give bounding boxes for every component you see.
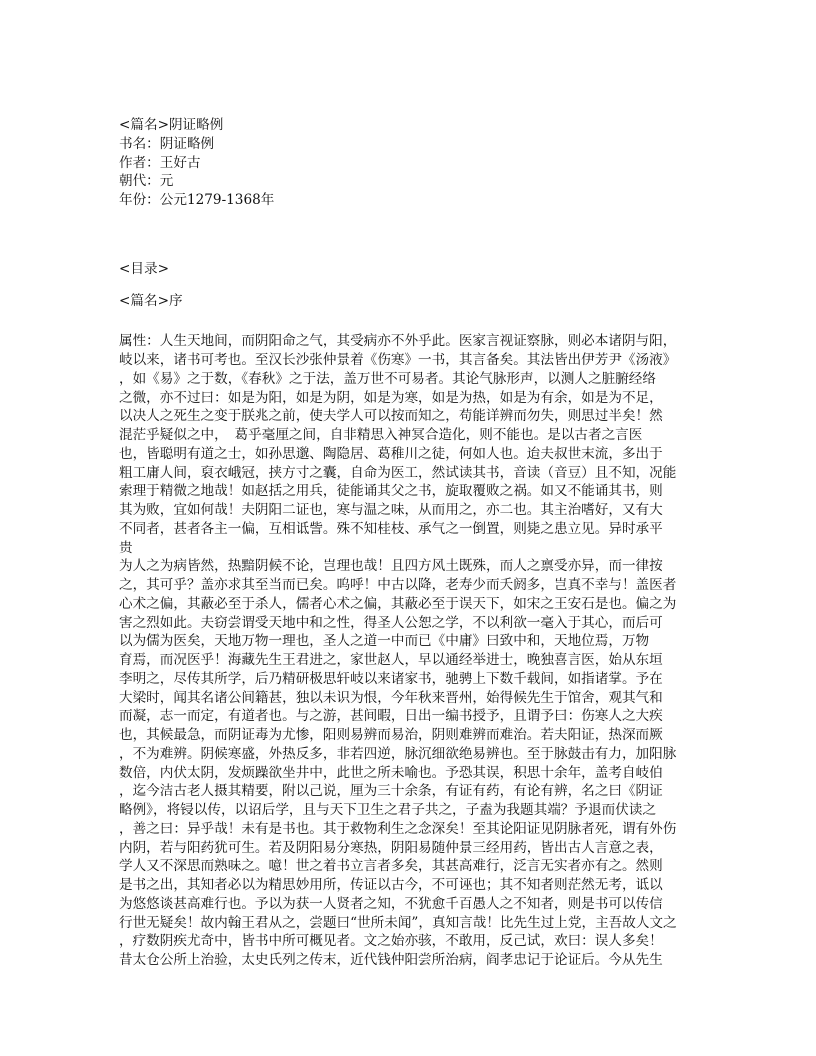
body-line: 昔太仓公所上治验，太史氏列之传末，近代钱仲阳尝所治病，阎孝忠记于论证后。今从先生 bbox=[119, 951, 689, 970]
body-line: 育焉，而况医乎！海藏先生王君进之，家世赵人，早以通经举进士，晚独喜言医，始从东垣 bbox=[119, 651, 689, 670]
body-line: ，疗数阴疾尤奇中，皆书中所可概见者。文之始亦骇，不敢用，反己试，欢曰：误人多矣！ bbox=[119, 932, 689, 951]
body-line: 索理于精微之地哉！如赵括之用兵，徒能诵其父之书，旋取覆败之祸。如又不能诵其书，则 bbox=[119, 482, 689, 501]
body-line: 以为儒为医矣，天地万物一理也，圣人之道一中而已《中庸》曰致中和，天地位焉，万物 bbox=[119, 632, 689, 651]
body-line: 不同者，甚者各主一偏，互相诋訾。殊不知桂枝、承气之一倒置，则毙之患立见。异时承平 bbox=[119, 520, 689, 539]
body-line: 内阴，若与阳药犹可生。若及阴阳易分寒热，阴阳易随仲景三经用药，皆出古人言意之表， bbox=[119, 839, 689, 858]
body-line: 之，其可乎？盖亦求其至当而已矣。呜呼！中古以降，老寿少而夭阏多，岂真不幸与！盖医… bbox=[119, 576, 689, 595]
body-line: 之微，亦不过曰：如是为阳，如是为阴，如是为寒，如是为热，如是为有余，如是为不足， bbox=[119, 389, 689, 408]
body-line: 为人之为病皆然，热黯阴候不论，岂理也哉！且四方风土既殊，而人之禀受亦异，而一律按 bbox=[119, 557, 689, 576]
body-line: 以决人之死生之变于朕兆之前，使夫学人可以按而知之，苟能详辨而勿失，则思过半矣！然 bbox=[119, 407, 689, 426]
body-line: ，善之曰：异乎哉！未有是书也。其于救物利生之念深矣！至其论阳证见阴脉者死，谓有外… bbox=[119, 820, 689, 839]
body-line: 混茫乎疑似之中， 葛乎毫厘之间，自非精思入神冥合造化，则不能也。是以古者之言医 bbox=[119, 426, 689, 445]
body-line: 数倍，内伏太阴，发烦躁欲坐井中，此世之所未喻也。予恐其误，积思十余年，盖考自岐伯 bbox=[119, 764, 689, 783]
spacer bbox=[119, 210, 689, 260]
body-line: 为悠悠谈甚高难行也。予以为获一人贤者之知，不犹愈千百愚人之不知者，则是书可以传信 bbox=[119, 895, 689, 914]
toc-label: <目录> bbox=[119, 260, 689, 279]
metadata-block: <篇名>阴证略例 书名：阴证略例 作者：王好古 朝代：元 年份：公元1279-1… bbox=[119, 116, 689, 210]
body-line: ，迄今洁古老人摄其精要，附以己说，厘为三十余条，有证有药，有论有辨，名之曰《阴证 bbox=[119, 782, 689, 801]
author: 作者：王好古 bbox=[119, 154, 689, 173]
book-name: 书名：阴证略例 bbox=[119, 135, 689, 154]
document-page: <篇名>阴证略例 书名：阴证略例 作者：王好古 朝代：元 年份：公元1279-1… bbox=[119, 116, 689, 970]
body-line: 李明之，尽传其所学，后乃精研极思轩岐以来诸家书，驰骋上下数千载间，如指诸掌。予在 bbox=[119, 670, 689, 689]
dynasty: 朝代：元 bbox=[119, 172, 689, 191]
body-line: ，如《易》之于数，《春秋》之于法，盖万世不可易者。其论气脉形声，以测人之脏腑经络 bbox=[119, 370, 689, 389]
chapter-tag: <篇名>阴证略例 bbox=[119, 116, 689, 135]
body-line: 其为败，宜如何哉！夫阴阳二证也，寒与温之味，从而用之，亦二也。其主治嗜好，又有大 bbox=[119, 501, 689, 520]
spacer bbox=[119, 310, 689, 332]
body-line: 贵 bbox=[119, 539, 689, 558]
spacer bbox=[119, 279, 689, 292]
body-line: 粗工庸人间，裒衣峨冠，挟方寸之囊，自命为医工，然试读其书，音读（音豆）且不知，况… bbox=[119, 464, 689, 483]
body-line: 学人又不深思而熟味之。噫！世之着书立言者多矣，其甚高难行，泛言无实者亦有之。然则 bbox=[119, 857, 689, 876]
section-title: <篇名>序 bbox=[119, 292, 689, 311]
years: 年份：公元1279-1368年 bbox=[119, 191, 689, 210]
body-line: 也，其候最急，而阴证毒为尤惨，阳则易辨而易治，阴则难辨而难治。若夫阳证，热深而厥 bbox=[119, 726, 689, 745]
body-line: 心术之偏，其蔽必至于杀人，儒者心术之偏，其蔽必至于误天下，如宋之王安石是也。偏之… bbox=[119, 595, 689, 614]
body-line: 大梁时，闻其名诸公间籍甚，独以未识为恨，今年秋来晋州，始得候先生于馆舍，观其气和 bbox=[119, 689, 689, 708]
body-line: 而凝，志一而定，有道者也。与之游，甚间暇，日出一编书授予，且谓予曰：伤寒人之大疾 bbox=[119, 707, 689, 726]
body-line: 行世无疑矣！故内翰王君从之，尝题曰“世所未闻”，真知言哉！比先生过上党，主吾故人… bbox=[119, 914, 689, 933]
body-line: 略例》，将锓以传，以诏后学，且与天下卫生之君子共之，子盍为我题其端？予退而伏读之 bbox=[119, 801, 689, 820]
preface-body: 属性：人生天地间，而阴阳命之气，其受病亦不外乎此。医家言视证察脉，则必本诸阴与阳… bbox=[119, 332, 689, 970]
body-line: 岐以来，诸书可考也。至汉长沙张仲景着《伤寒》一书，其言备矣。其法皆出伊芳尹《汤液… bbox=[119, 351, 689, 370]
body-line: ，不为难辨。阴候寒盛，外热反多，非若四逆，脉沉细欲绝易辨也。至于脉鼓击有力，加阳… bbox=[119, 745, 689, 764]
body-line: 是书之出，其知者必以为精思妙用所，传证以古今，不可诬也；其不知者则茫然无考，诋以 bbox=[119, 876, 689, 895]
body-line: 害之烈如此。夫窃尝谓受天地中和之性，得圣人公恕之学，不以利欲一毫入于其心，而后可 bbox=[119, 614, 689, 633]
body-line: 属性：人生天地间，而阴阳命之气，其受病亦不外乎此。医家言视证察脉，则必本诸阴与阳… bbox=[119, 332, 689, 351]
body-line: 也，皆聪明有道之士，如孙思邈、陶隐居、葛稚川之徒，何如人也。迨夫叔世末流，多出于 bbox=[119, 445, 689, 464]
